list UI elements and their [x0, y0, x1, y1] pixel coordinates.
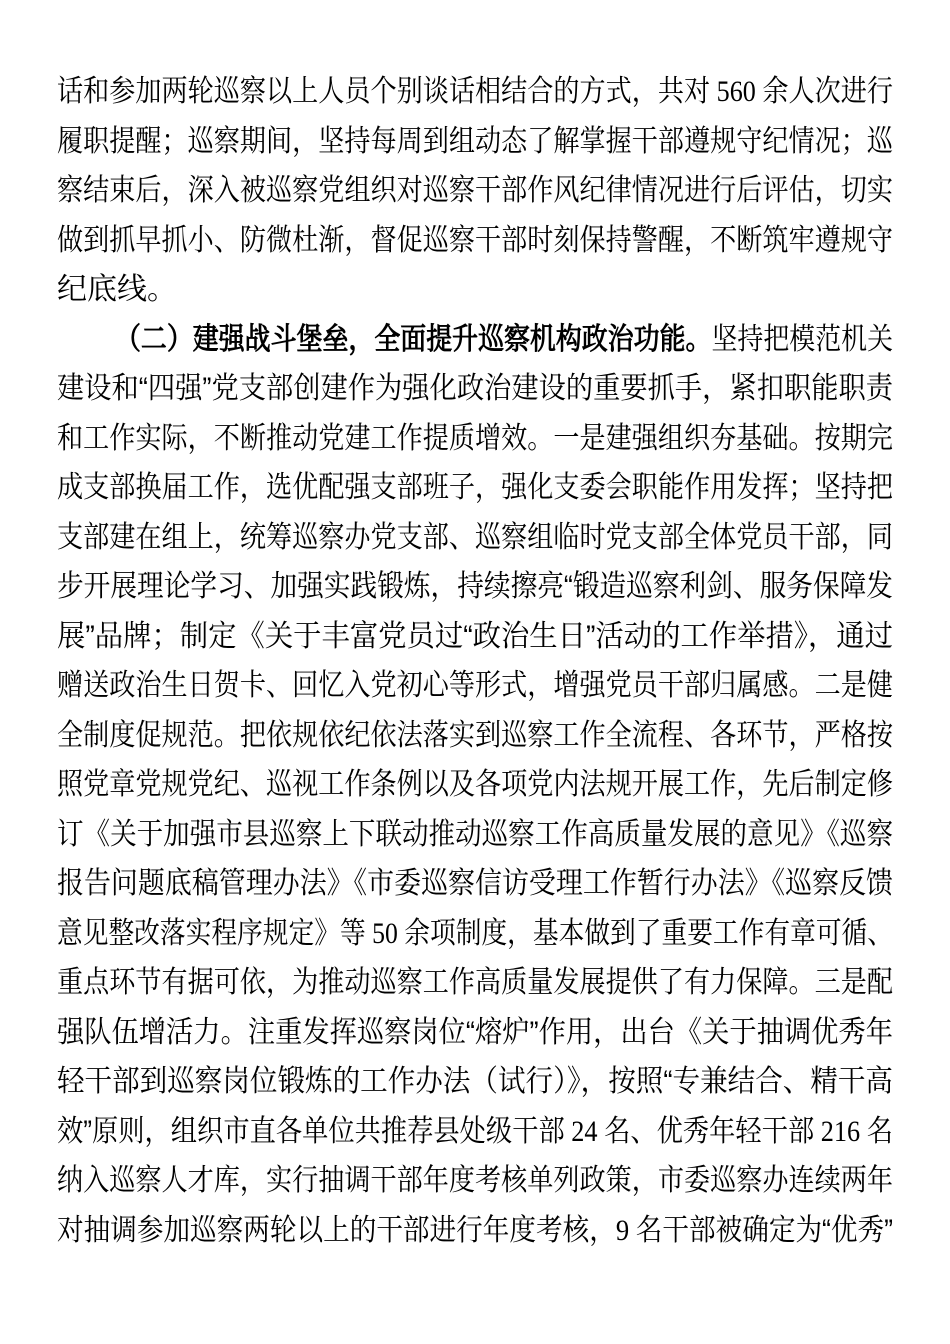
numeral-text: 24: [565, 1115, 604, 1148]
text-line-content: 支部建在组上，统筹巡察办党支部、巡察组临时党支部全体党员干部，同: [57, 513, 893, 563]
text-line-content: 做到抓早抓小、防微杜渐，督促巡察干部时刻保持警醒，不断筑牢遵规守: [57, 216, 893, 266]
body-text: 订《关于加强市县巡察上下联动推动巡察工作高质量发展的意见》《巡察: [57, 818, 893, 851]
body-text: 报告问题底稿管理办法》《市委巡察信访受理工作暂行办法》《巡察反馈: [57, 867, 893, 900]
text-line: 步开展理论学习、加强实践锻炼，持续擦亮“锻造巡察利剑、服务保障发: [57, 562, 893, 612]
text-line: 话和参加两轮巡察以上人员个别谈话相结合的方式，共对 560 余人次进行: [57, 67, 893, 117]
body-text: 名: [867, 1115, 893, 1148]
numeral-text: 560: [710, 75, 762, 108]
text-line: 意见整改落实程序规定》等 50 余项制度，基本做到了重要工作有章可循、: [57, 909, 893, 959]
text-line: 履职提醒；巡察期间，坚持每周到组动态了解掌握干部遵规守纪情况；巡: [57, 117, 893, 167]
body-text: 履职提醒；巡察期间，坚持每周到组动态了解掌握干部遵规守纪情况；巡: [57, 125, 893, 158]
body-text: 纳入巡察人才库，实行抽调干部年度考核单列政策，市委巡察办连续两年: [57, 1164, 893, 1197]
body-text: 效”原则，组织市直各单位共推荐县处级干部: [57, 1115, 565, 1148]
text-line: 照党章党规党纪、巡视工作条例以及各项党内法规开展工作，先后制定修: [57, 760, 893, 810]
body-text: 照党章党规党纪、巡视工作条例以及各项党内法规开展工作，先后制定修: [57, 768, 893, 801]
text-line-content: （二）建强战斗堡垒，全面提升巡察机构政治功能。坚持把模范机关: [115, 315, 893, 365]
text-line: 报告问题底稿管理办法》《市委巡察信访受理工作暂行办法》《巡察反馈: [57, 859, 893, 909]
body-text: 步开展理论学习、加强实践锻炼，持续擦亮“锻造巡察利剑、服务保障发: [57, 570, 893, 603]
text-line: 纳入巡察人才库，实行抽调干部年度考核单列政策，市委巡察办连续两年: [57, 1156, 893, 1206]
text-line-content: 察结束后，深入被巡察党组织对巡察干部作风纪律情况进行后评估，切实: [57, 166, 893, 216]
text-line: 建设和“四强”党支部创建作为强化政治建设的重要抓手，紧扣职能职责: [57, 364, 893, 414]
section-heading-text: （二）建强战斗堡垒，全面提升巡察机构政治功能。: [115, 323, 711, 356]
text-line-content: 展”品牌；制定《关于丰富党员过“政治生日”活动的工作举措》，通过: [57, 612, 893, 662]
text-line: 纪底线。: [57, 265, 893, 315]
body-text: 察结束后，深入被巡察党组织对巡察干部作风纪律情况进行后评估，切实: [57, 174, 893, 207]
body-text: 成支部换届工作，选优配强支部班子，强化支委会职能作用发挥；坚持把: [57, 471, 893, 504]
body-text: 纪底线。: [57, 273, 177, 306]
text-line: 赠送政治生日贺卡、回忆入党初心等形式，增强党员干部归属感。二是健: [57, 661, 893, 711]
document-body: 话和参加两轮巡察以上人员个别谈话相结合的方式，共对 560 余人次进行履职提醒；…: [57, 67, 893, 1255]
body-text: 和工作实际，不断推动党建工作提质增效。一是建强组织夯基础。按期完: [57, 422, 893, 455]
body-text: 全制度促规范。把依规依纪依法落实到巡察工作全流程、各环节，严格按: [57, 719, 893, 752]
text-line-content: 效”原则，组织市直各单位共推荐县处级干部 24 名、优秀年轻干部 216 名: [57, 1107, 893, 1157]
text-line: 强队伍增活力。注重发挥巡察岗位“熔炉”作用，出台《关于抽调优秀年: [57, 1008, 893, 1058]
body-text: 名干部被确定为“优秀”: [636, 1214, 893, 1247]
body-text: 强队伍增活力。注重发挥巡察岗位“熔炉”作用，出台《关于抽调优秀年: [57, 1016, 893, 1049]
numeral-text: 50: [366, 917, 405, 950]
text-line-content: 纪底线。: [57, 265, 177, 315]
body-text: 建设和“四强”党支部创建作为强化政治建设的重要抓手，紧扣职能职责: [57, 372, 893, 405]
text-line: 察结束后，深入被巡察党组织对巡察干部作风纪律情况进行后评估，切实: [57, 166, 893, 216]
text-line-content: 报告问题底稿管理办法》《市委巡察信访受理工作暂行办法》《巡察反馈: [57, 859, 893, 909]
text-line: 轻干部到巡察岗位锻炼的工作办法（试行）》，按照“专兼结合、精干高: [57, 1057, 893, 1107]
text-line-content: 履职提醒；巡察期间，坚持每周到组动态了解掌握干部遵规守纪情况；巡: [57, 117, 893, 167]
text-line-content: 步开展理论学习、加强实践锻炼，持续擦亮“锻造巡察利剑、服务保障发: [57, 562, 893, 612]
body-text: 轻干部到巡察岗位锻炼的工作办法（试行）》，按照“专兼结合、精干高: [57, 1065, 893, 1098]
numeral-text: 216: [814, 1115, 867, 1148]
text-line-content: 轻干部到巡察岗位锻炼的工作办法（试行）》，按照“专兼结合、精干高: [57, 1057, 893, 1107]
body-text: 话和参加两轮巡察以上人员个别谈话相结合的方式，共对: [57, 75, 710, 108]
body-text: 做到抓早抓小、防微杜渐，督促巡察干部时刻保持警醒，不断筑牢遵规守: [57, 224, 893, 257]
body-text: 意见整改落实程序规定》等: [57, 917, 366, 950]
document-page: 话和参加两轮巡察以上人员个别谈话相结合的方式，共对 560 余人次进行履职提醒；…: [0, 0, 950, 1344]
text-line: 和工作实际，不断推动党建工作提质增效。一是建强组织夯基础。按期完: [57, 414, 893, 464]
text-line-content: 照党章党规党纪、巡视工作条例以及各项党内法规开展工作，先后制定修: [57, 760, 893, 810]
text-line-content: 话和参加两轮巡察以上人员个别谈话相结合的方式，共对 560 余人次进行: [57, 67, 893, 117]
body-text: 支部建在组上，统筹巡察办党支部、巡察组临时党支部全体党员干部，同: [57, 521, 893, 554]
body-text: 余项制度，基本做到了重要工作有章可循、: [404, 917, 893, 950]
text-line-content: 和工作实际，不断推动党建工作提质增效。一是建强组织夯基础。按期完: [57, 414, 893, 464]
text-line: 订《关于加强市县巡察上下联动推动巡察工作高质量发展的意见》《巡察: [57, 810, 893, 860]
text-line-content: 纳入巡察人才库，实行抽调干部年度考核单列政策，市委巡察办连续两年: [57, 1156, 893, 1206]
body-text: 赠送政治生日贺卡、回忆入党初心等形式，增强党员干部归属感。二是健: [57, 669, 893, 702]
text-line-content: 赠送政治生日贺卡、回忆入党初心等形式，增强党员干部归属感。二是健: [57, 661, 893, 711]
text-line: 对抽调参加巡察两轮以上的干部进行年度考核，9 名干部被确定为“优秀”: [57, 1206, 893, 1256]
text-line: 支部建在组上，统筹巡察办党支部、巡察组临时党支部全体党员干部，同: [57, 513, 893, 563]
text-line: 重点环节有据可依，为推动巡察工作高质量发展提供了有力保障。三是配: [57, 958, 893, 1008]
numeral-text: 9: [616, 1214, 636, 1247]
body-text: 展”品牌；制定《关于丰富党员过“政治生日”活动的工作举措》，通过: [57, 620, 893, 653]
text-line-content: 强队伍增活力。注重发挥巡察岗位“熔炉”作用，出台《关于抽调优秀年: [57, 1008, 893, 1058]
body-text: 余人次进行: [762, 75, 893, 108]
body-text: 名、优秀年轻干部: [604, 1115, 814, 1148]
text-line: 效”原则，组织市直各单位共推荐县处级干部 24 名、优秀年轻干部 216 名: [57, 1107, 893, 1157]
text-line-content: 全制度促规范。把依规依纪依法落实到巡察工作全流程、各环节，严格按: [57, 711, 893, 761]
text-line-content: 意见整改落实程序规定》等 50 余项制度，基本做到了重要工作有章可循、: [57, 909, 893, 959]
text-line: 做到抓早抓小、防微杜渐，督促巡察干部时刻保持警醒，不断筑牢遵规守: [57, 216, 893, 266]
text-line: 全制度促规范。把依规依纪依法落实到巡察工作全流程、各环节，严格按: [57, 711, 893, 761]
text-line: （二）建强战斗堡垒，全面提升巡察机构政治功能。坚持把模范机关: [57, 315, 893, 365]
text-line-content: 重点环节有据可依，为推动巡察工作高质量发展提供了有力保障。三是配: [57, 958, 893, 1008]
text-line-content: 对抽调参加巡察两轮以上的干部进行年度考核，9 名干部被确定为“优秀”: [57, 1206, 893, 1256]
body-text: 对抽调参加巡察两轮以上的干部进行年度考核，: [57, 1214, 616, 1247]
body-text: 坚持把模范机关: [711, 323, 893, 356]
text-line: 成支部换届工作，选优配强支部班子，强化支委会职能作用发挥；坚持把: [57, 463, 893, 513]
text-line-content: 订《关于加强市县巡察上下联动推动巡察工作高质量发展的意见》《巡察: [57, 810, 893, 860]
text-line-content: 建设和“四强”党支部创建作为强化政治建设的重要抓手，紧扣职能职责: [57, 364, 893, 414]
body-text: 重点环节有据可依，为推动巡察工作高质量发展提供了有力保障。三是配: [57, 966, 893, 999]
text-line-content: 成支部换届工作，选优配强支部班子，强化支委会职能作用发挥；坚持把: [57, 463, 893, 513]
text-line: 展”品牌；制定《关于丰富党员过“政治生日”活动的工作举措》，通过: [57, 612, 893, 662]
